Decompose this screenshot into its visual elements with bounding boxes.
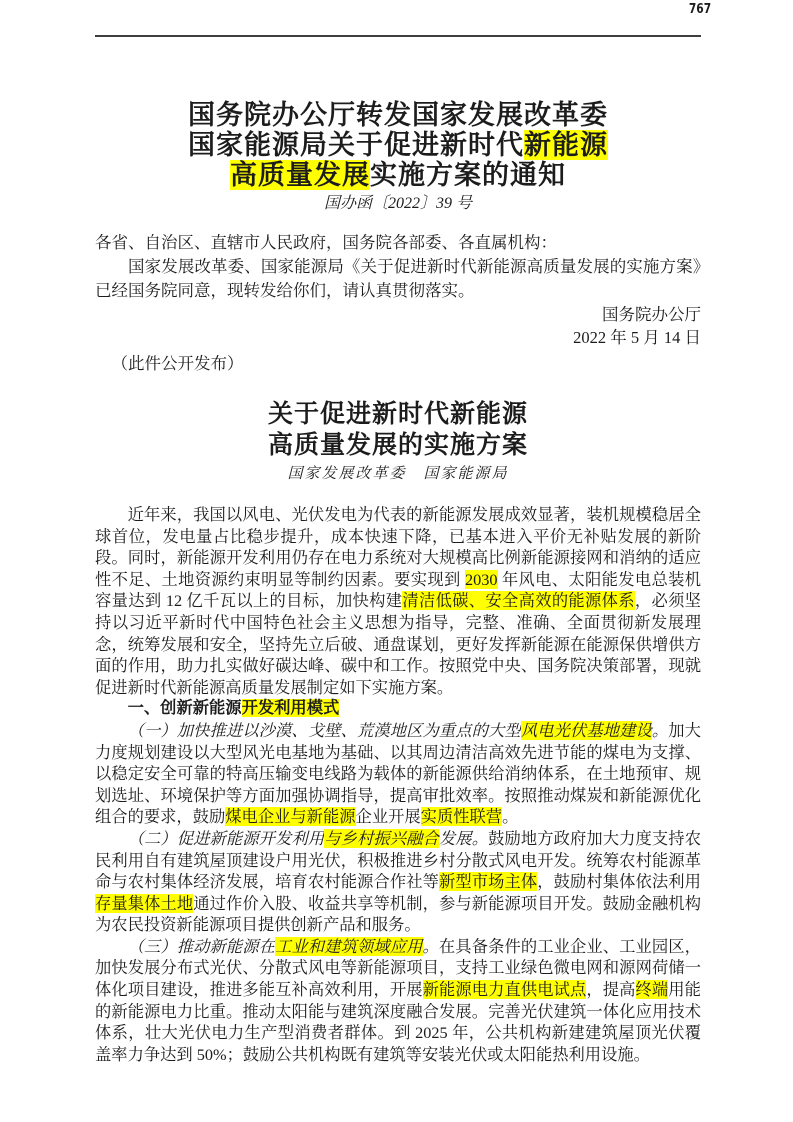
notice-title-line-1: 国务院办公厅转发国家发展改革委 — [95, 100, 701, 130]
highlighted-text: 清洁低碳、安全高效的能源体系 — [402, 591, 634, 610]
plan-title: 关于促进新时代新能源 高质量发展的实施方案 — [95, 399, 701, 461]
plan-body: 近年来，我国以风电、光伏发电为代表的新能源发展成效显著，装机规模稳居全球首位，发… — [95, 504, 701, 1065]
text-run: （二）促进新能源开发利用 — [128, 829, 325, 848]
plan-authors: 国家发展改革委 国家能源局 — [95, 464, 701, 484]
signer: 国务院办公厅 — [95, 303, 701, 326]
highlighted-text: 煤电企业与新能源 — [225, 807, 355, 826]
page-content: 国务院办公厅转发国家发展改革委 国家能源局关于促进新时代新能源 高质量发展实施方… — [95, 0, 701, 1065]
text-run: ，鼓励村集体依法利用 — [537, 872, 701, 891]
text-run: 发展。 — [439, 829, 488, 848]
section-heading-1: 一、创新新能源开发利用模式 — [95, 698, 701, 720]
highlighted-text: 2030 — [465, 570, 498, 589]
text-run: 。 — [502, 807, 518, 826]
item-paragraph-2: （二）促进新能源开发利用与乡村振兴融合发展。鼓励地方政府加大力度支持农民利用自有… — [95, 828, 701, 936]
text-run: ，提高 — [586, 980, 635, 999]
notice-title-line-2: 国家能源局关于促进新时代新能源 — [95, 130, 701, 160]
highlighted-text: 开发利用模式 — [242, 699, 340, 717]
salutation: 各省、自治区、直辖市人民政府，国务院各部委、各直属机构： — [95, 231, 701, 255]
publish-note: （此件公开发布） — [95, 352, 701, 375]
highlighted-text: 新能源电力直供电试点 — [423, 980, 587, 999]
text-run: 。 — [423, 937, 439, 956]
text-run: 实施方案的通知 — [370, 160, 566, 190]
issue-date: 2022 年 5 月 14 日 — [95, 326, 701, 349]
highlighted-text: 风电光伏基地建设 — [521, 721, 652, 740]
highlighted-text: 存量集体土地 — [95, 894, 193, 913]
text-run: （三）推动新能源在 — [128, 937, 275, 956]
notice-title: 国务院办公厅转发国家发展改革委 国家能源局关于促进新时代新能源 高质量发展实施方… — [95, 100, 701, 190]
item-paragraph-1: （一）加快推进以沙漠、戈壁、荒漠地区为重点的大型风电光伏基地建设。加大力度规划建… — [95, 720, 701, 828]
letter-body: 国家发展改革委、国家能源局《关于促进新时代新能源高质量发展的实施方案》已经国务院… — [95, 255, 701, 303]
highlighted-text: 终端 — [636, 980, 669, 999]
highlighted-text: 高质量发展 — [230, 160, 370, 190]
text-run: （一）加快推进以沙漠、戈壁、荒漠地区为重点的大型 — [128, 721, 521, 740]
highlighted-text: 与乡村振兴融合 — [324, 829, 439, 848]
document-page: 767 国务院办公厅转发国家发展改革委 国家能源局关于促进新时代新能源 高质量发… — [0, 0, 793, 1122]
plan-title-line-2: 高质量发展的实施方案 — [95, 430, 701, 461]
highlighted-text: 新型市场主体 — [439, 872, 537, 891]
text-run: 。 — [652, 721, 668, 740]
highlighted-text: 新能源 — [524, 130, 608, 160]
text-run: 一、创新新能源 — [128, 699, 242, 717]
text-run: 国家能源局关于促进新时代 — [188, 130, 524, 160]
item-paragraph-3: （三）推动新能源在工业和建筑领域应用。在具备条件的工业企业、工业园区，加快发展分… — [95, 936, 701, 1066]
text-run: 企业开展 — [356, 807, 421, 826]
highlighted-text: 实质性联营 — [421, 807, 502, 826]
doc-number: 国办函〔2022〕39 号 — [95, 193, 701, 215]
plan-title-line-1: 关于促进新时代新能源 — [95, 399, 701, 430]
notice-title-line-3: 高质量发展实施方案的通知 — [95, 160, 701, 190]
highlighted-text: 工业和建筑领域应用 — [275, 937, 422, 956]
intro-paragraph: 近年来，我国以风电、光伏发电为代表的新能源发展成效显著，装机规模稳居全球首位，发… — [95, 504, 701, 698]
text-run: 国务院办公厅转发国家发展改革委 — [188, 100, 608, 130]
